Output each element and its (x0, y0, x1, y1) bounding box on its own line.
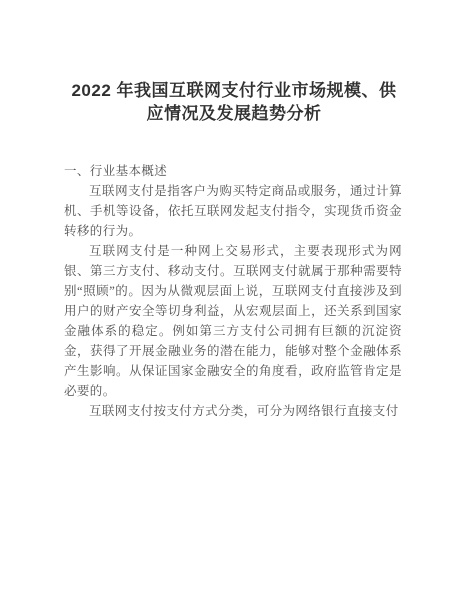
section-heading-industry-overview: 一、行业基本概述 (64, 161, 402, 181)
article-title: 2022 年我国互联网支付行业市场规模、供应情况及发展趋势分析 (64, 79, 404, 125)
paragraph-classification-truncated: 互联网支付按支付方式分类，可分为网络银行直接支付 (64, 401, 402, 421)
paragraph-definition: 互联网支付是指客户为购买特定商品或服务，通过计算机、手机等设备，依托互联网发起支… (64, 181, 402, 241)
article-page: 2022 年我国互联网支付行业市场规模、供应情况及发展趋势分析 一、行业基本概述… (0, 0, 463, 600)
paragraph-discussion: 互联网支付是一种网上交易形式，主要表现形式为网银、第三方支付、移动支付。互联网支… (64, 241, 402, 401)
